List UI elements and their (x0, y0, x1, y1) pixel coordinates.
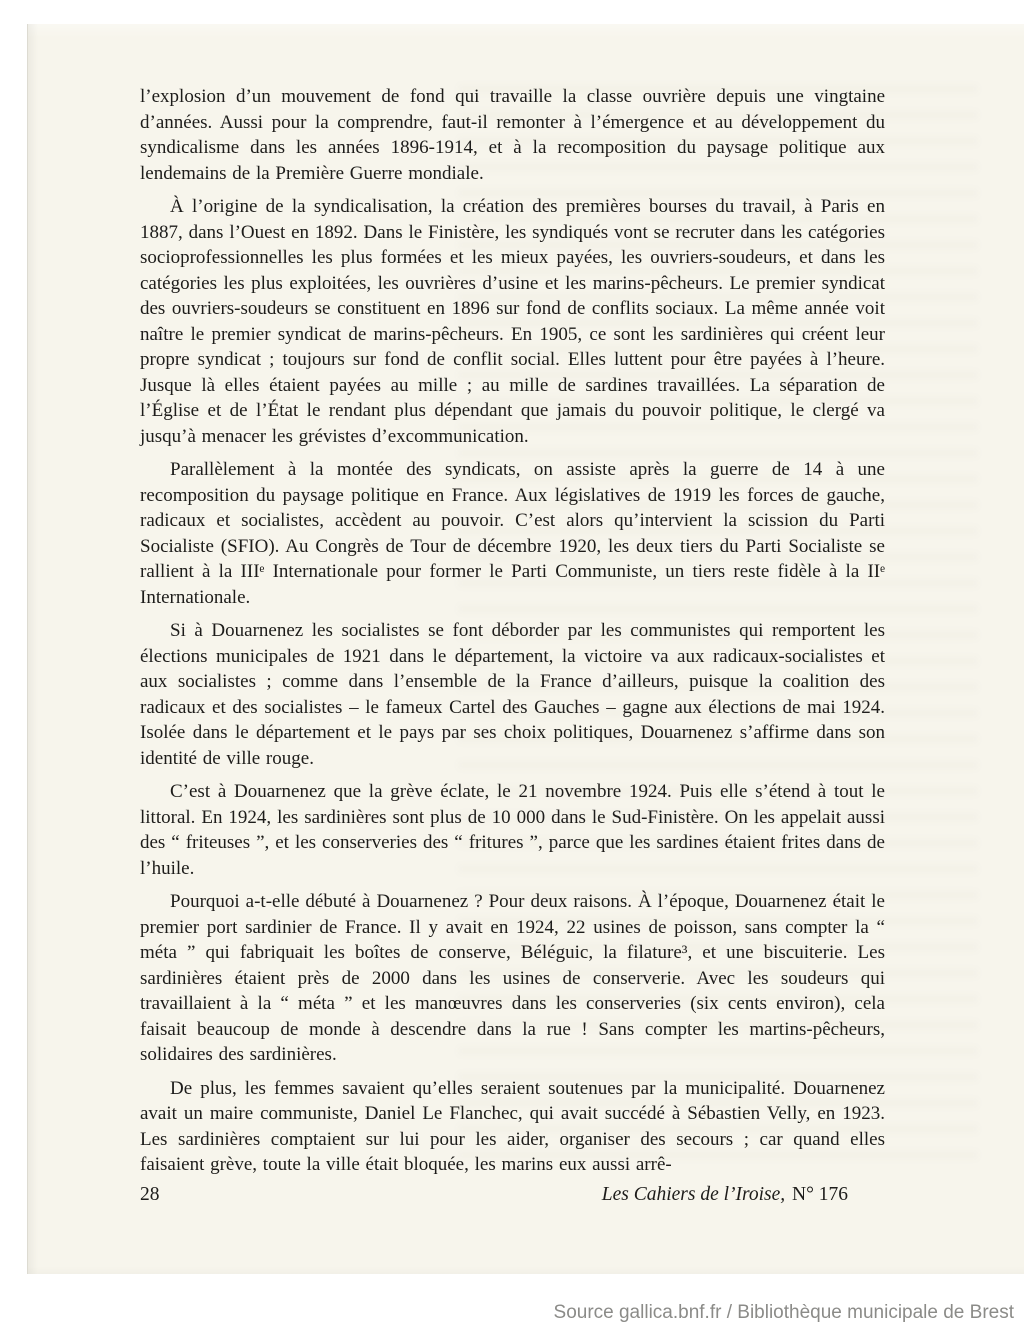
issue-number: N° 176 (792, 1184, 848, 1205)
paragraph: De plus, les femmes savaient qu’elles se… (140, 1076, 885, 1178)
paragraph: Si à Douarnenez les socialistes se font … (140, 618, 885, 771)
journal-title: Les Cahiers de l’Iroise, (602, 1184, 785, 1205)
journal-reference: Les Cahiers de l’Iroise,N° 176 (602, 1184, 848, 1206)
document-viewer: l’explosion d’un mouvement de fond qui t… (0, 0, 1024, 1336)
paragraph: Pourquoi a-t-elle débuté à Douarnenez ? … (140, 889, 885, 1068)
page-footer: 28 Les Cahiers de l’Iroise,N° 176 (140, 1184, 848, 1206)
page-text-block: l’explosion d’un mouvement de fond qui t… (140, 84, 885, 1186)
scanned-page: l’explosion d’un mouvement de fond qui t… (28, 24, 1024, 1274)
paragraph: l’explosion d’un mouvement de fond qui t… (140, 84, 885, 186)
paragraph: Parallèlement à la montée des syndicats,… (140, 457, 885, 610)
paragraph: C’est à Douarnenez que la grève éclate, … (140, 779, 885, 881)
paragraph: À l’origine de la syndicalisation, la cr… (140, 194, 885, 449)
source-credit: Source gallica.bnf.fr / Bibliothèque mun… (554, 1301, 1014, 1325)
page-number: 28 (140, 1184, 160, 1206)
